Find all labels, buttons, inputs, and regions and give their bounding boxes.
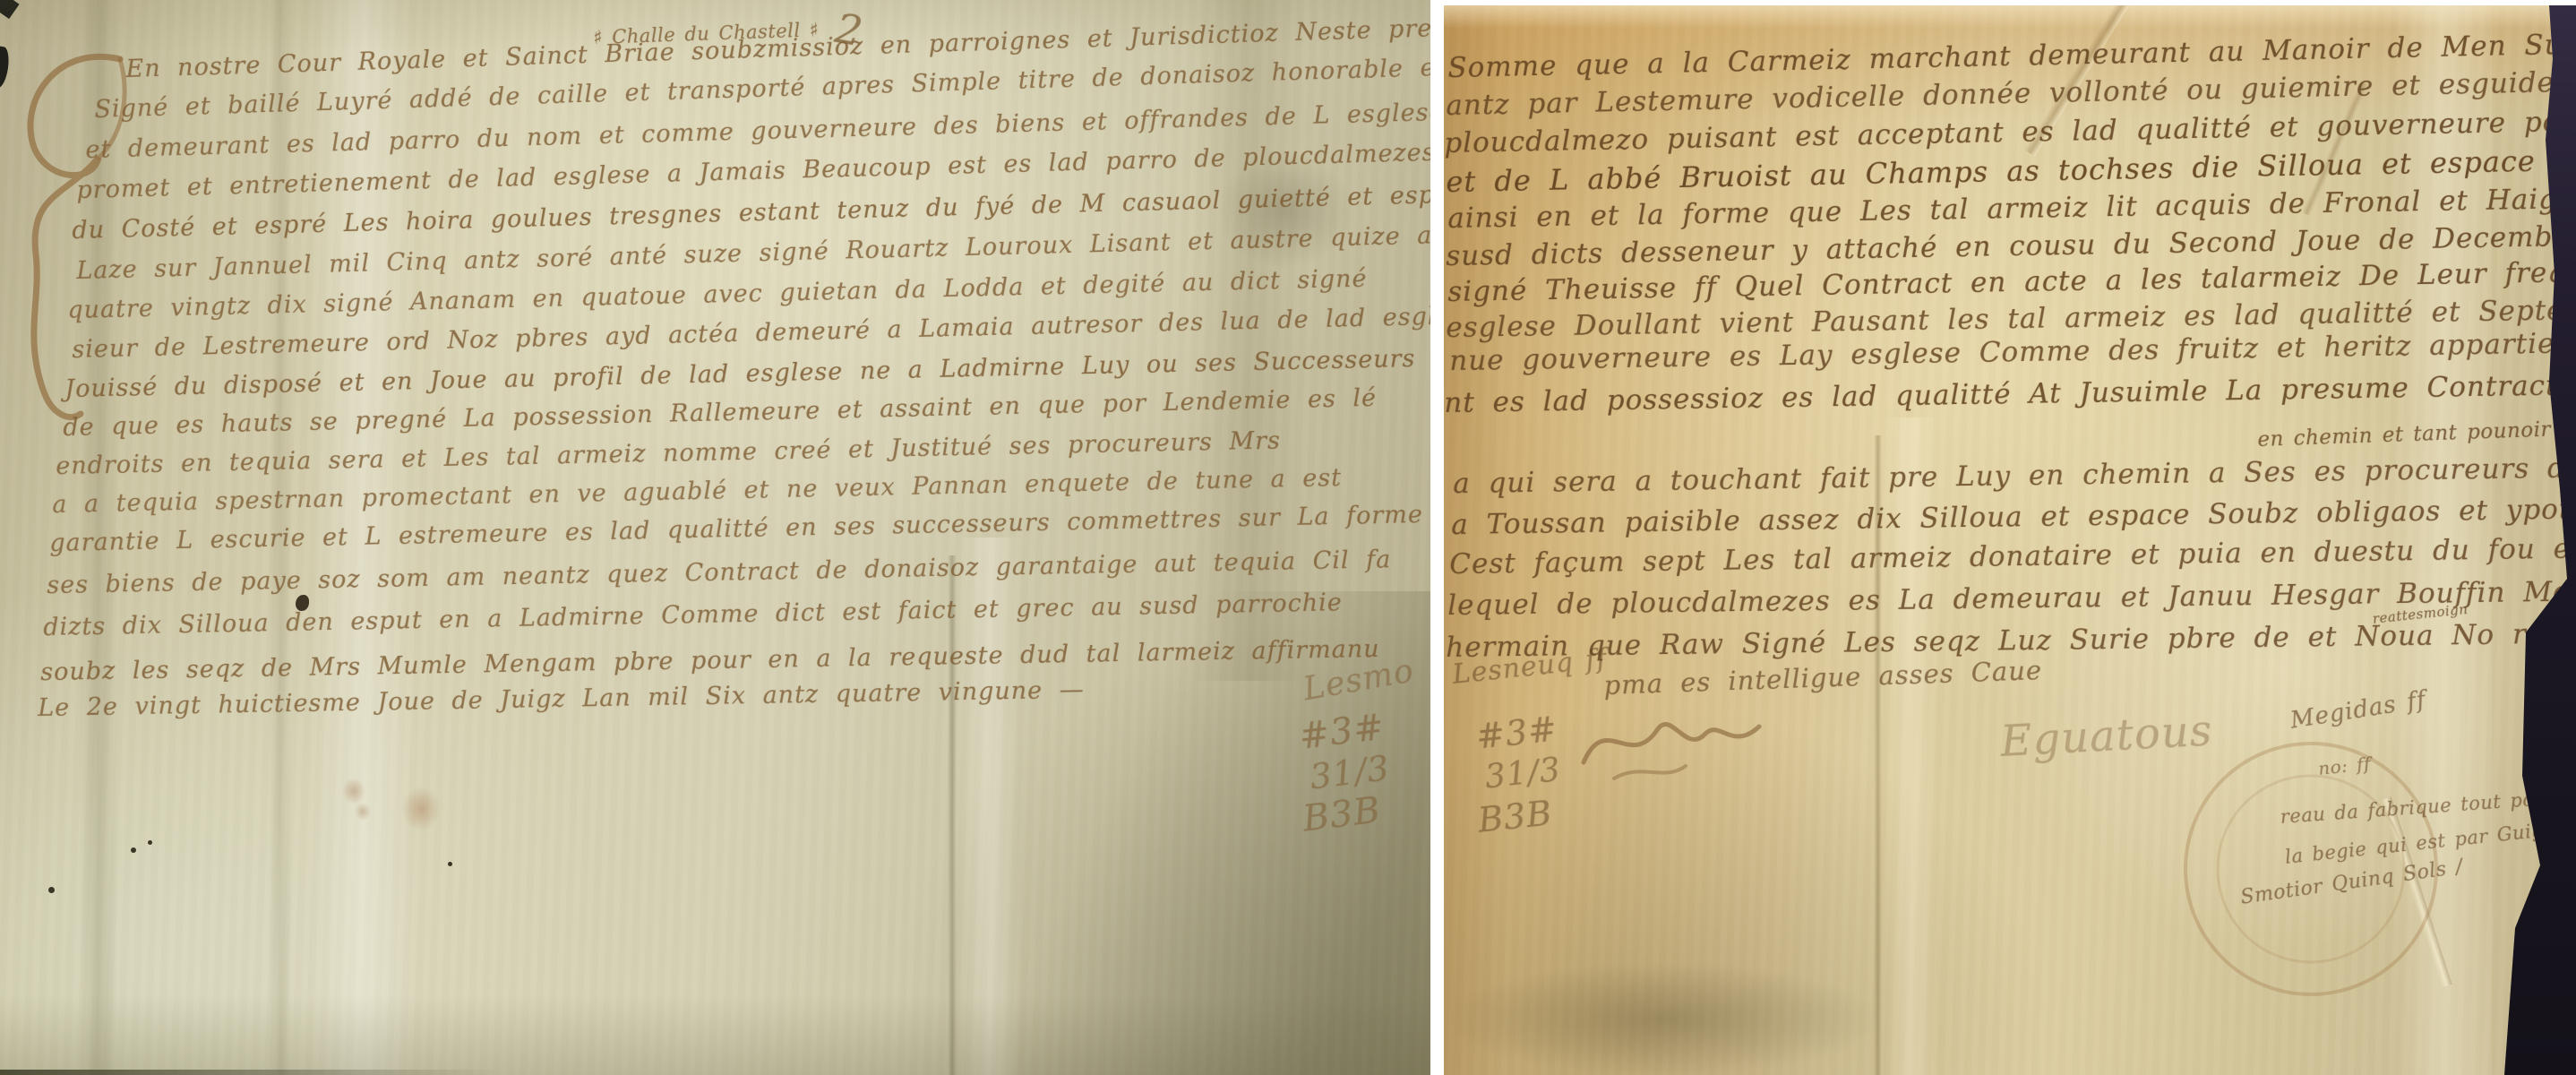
text-line: garantie L escurie et L estremeure es la… (49, 501, 1423, 557)
photo-bottom-edge (0, 1070, 502, 1075)
notary-note: no: ff (2317, 752, 2372, 779)
shadow-bottom-right (1012, 591, 1430, 1075)
stain (401, 787, 441, 831)
page-numeral: 2 (832, 4, 867, 56)
text-line: Jouissé du disposé et en Joue au profil … (64, 344, 1430, 403)
paraph: #3# (1297, 706, 1387, 757)
fold-light-band (309, 0, 416, 1075)
speck (131, 847, 136, 853)
text-line: pma es intelligue asses Caue (1603, 655, 2043, 701)
right-page-text-layer: Somme que a la Carmeiz marchant demeuran… (1444, 5, 2576, 1075)
text-line: quatre vingtz dix signé Ananam en quatou… (67, 265, 1368, 324)
paraph: B3B (1476, 793, 1554, 839)
left-page-text-layer: ♯ Challe du Chastell ♯2En nostre Cour Ro… (0, 0, 1430, 1075)
fold-crease-line (948, 555, 957, 1075)
faded-signature: Eguatous (1999, 706, 2214, 767)
fold-dark-streak (1191, 0, 1308, 681)
initial-flourish (5, 43, 149, 428)
edge-nick (0, 0, 20, 19)
signature: Lesmo (1301, 652, 1417, 708)
text-line: Le 2e vingt huictiesme Joue de Juigz Lan… (38, 676, 1085, 722)
ink-blot (296, 595, 309, 611)
fold-dark-streak (79, 0, 118, 1075)
text-line: sieur de Lestremeure ord Noz pbres ayd a… (72, 302, 1430, 364)
fold-dark-streak (269, 0, 292, 1075)
stain (355, 803, 371, 821)
interline-note: en chemin et tant pounoir (2257, 418, 2551, 451)
text-line: Signé et baillé Luyré addé de caille et … (94, 47, 1430, 124)
paraph: 31/3 (1308, 748, 1392, 797)
marginal-note: ♯ Challe du Chastell ♯ (593, 19, 820, 48)
text-line: a a tequia spestrnan promectant en ve ag… (52, 464, 1342, 519)
stain (342, 778, 365, 804)
text-line: En nostre Cour Royale et Sainct Briae so… (125, 8, 1430, 83)
photo-divider (1430, 0, 1444, 1075)
notary-note: Smotior Quinq Sols / (2239, 856, 2464, 909)
paraph: 31/3 (1483, 752, 1563, 796)
left-page-photo: ♯ Challe du Chastell ♯2En nostre Cour Ro… (0, 0, 1430, 1075)
speck (448, 862, 452, 866)
text-line: endroits en tequia sera et Les tal armei… (56, 426, 1281, 480)
text-line: dizts dix Silloua den esput en a Ladmirn… (43, 589, 1343, 641)
speck (148, 840, 152, 845)
right-page-photo: Somme que a la Carmeiz marchant demeuran… (1444, 5, 2576, 1075)
speck (48, 887, 55, 893)
text-line: et demeurant es lad parro du nom et comm… (85, 89, 1430, 164)
text-line: nt es lad possessioz es lad qualitté At … (1444, 366, 2576, 419)
manuscript-photo-diptych: ♯ Challe du Chastell ♯2En nostre Cour Ro… (0, 0, 2576, 1075)
text-line: de que es hauts se pregné La possession … (63, 384, 1377, 442)
notary-note: Megidas ff (2288, 686, 2428, 735)
notary-note: reau da fabrique tout po9 (2280, 787, 2547, 828)
text-line: soubz les seqz de Mrs Mumle Mengam pbre … (40, 635, 1380, 686)
fold-light-band (958, 537, 1021, 1075)
text-line: a qui sera a touchant fait pre Luy en ch… (1453, 451, 2576, 500)
edge-nick (0, 46, 11, 89)
paraph: B3B (1301, 789, 1383, 839)
text-line: promet et entretienement de lad esglese … (76, 133, 1430, 204)
mottled-patch (1218, 152, 1352, 269)
text-line: Laze sur Jannuel mil Cinq antz soré anté… (76, 220, 1430, 285)
paraph: #3# (1474, 709, 1559, 757)
text-line: du Costé et espré Les hoira goulues tres… (72, 177, 1430, 245)
parchment-texture (0, 0, 1430, 1075)
text-line: ses biens de paye soz som am neantz quez… (47, 546, 1392, 599)
